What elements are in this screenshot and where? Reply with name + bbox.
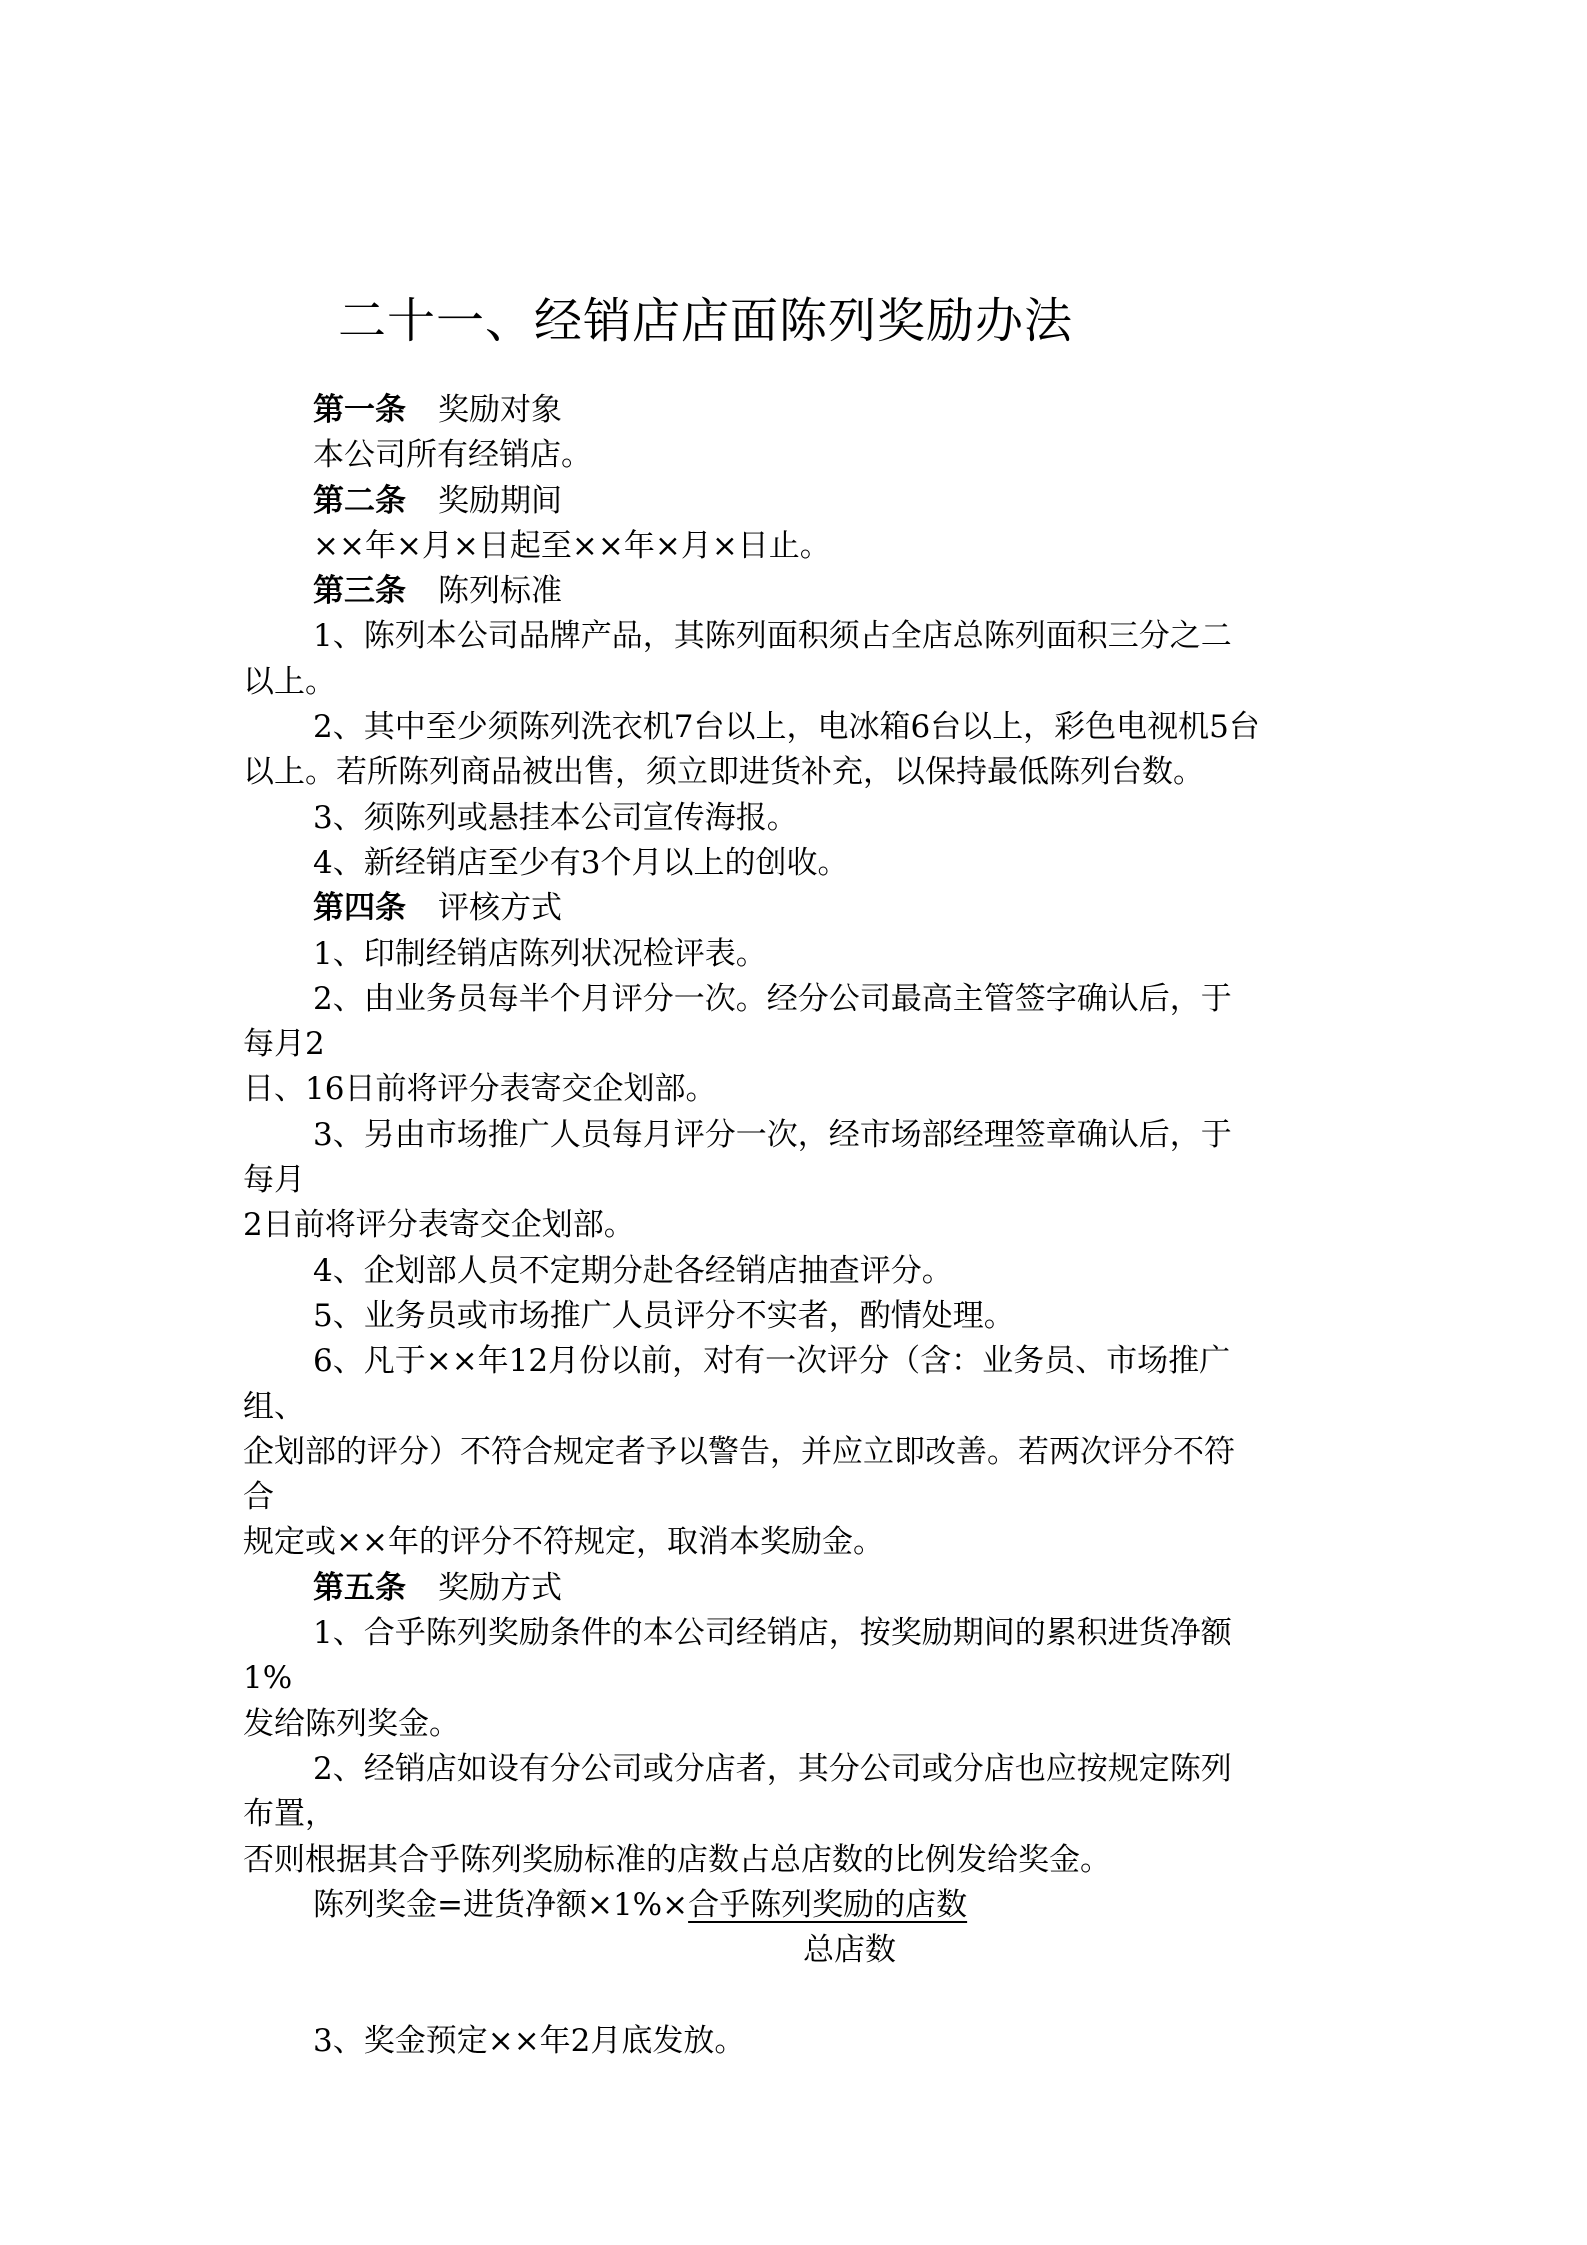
bonus-formula: 陈列奖金=进货净额×1%×合乎陈列奖励的店数 [243, 1883, 1363, 1928]
document-body: 第一条奖励对象 本公司所有经销店。 第二条奖励期间 ××年×月×日起至××年×月… [243, 388, 1363, 2064]
spacer [243, 1973, 1363, 2018]
article-4-heading: 第四条评核方式 [243, 886, 1363, 931]
article-title: 奖励对象 [438, 392, 562, 428]
paragraph-line: 2日前将评分表寄交企划部。 [243, 1203, 1363, 1248]
formula-prefix: 陈列奖金=进货净额×1%× [313, 1887, 688, 1923]
paragraph-line: 4、新经销店至少有3个月以上的创收。 [243, 841, 1363, 886]
paragraph-line: 3、另由市场推广人员每月评分一次，经市场部经理签章确认后，于 [243, 1113, 1363, 1158]
article-label: 第一条 [313, 392, 406, 428]
paragraph-line: 1、合乎陈列奖励条件的本公司经销店，按奖励期间的累积进货净额 [243, 1611, 1363, 1656]
paragraph-line: 1% [243, 1656, 1363, 1701]
article-title: 奖励方式 [438, 1570, 562, 1606]
paragraph-line: 1、印制经销店陈列状况检评表。 [243, 932, 1363, 977]
paragraph-line: 2、由业务员每半个月评分一次。经分公司最高主管签字确认后，于 [243, 977, 1363, 1022]
paragraph-line: 布置， [243, 1792, 1363, 1837]
formula-numerator: 合乎陈列奖励的店数 [688, 1887, 981, 1923]
paragraph-line: 2、其中至少须陈列洗衣机7台以上，电冰箱6台以上，彩色电视机5台 [243, 705, 1363, 750]
article-2-heading: 第二条奖励期间 [243, 479, 1363, 524]
article-1-heading: 第一条奖励对象 [243, 388, 1363, 433]
paragraph-line: 6、凡于××年12月份以前，对有一次评分（含：业务员、市场推广 [243, 1339, 1363, 1384]
paragraph-line: 规定或××年的评分不符规定，取消本奖励金。 [243, 1520, 1363, 1565]
paragraph-line: 以上。若所陈列商品被出售，须立即进货补充，以保持最低陈列台数。 [243, 750, 1363, 795]
article-3-heading: 第三条陈列标准 [243, 569, 1363, 614]
document-title: 二十一、经销店店面陈列奖励办法 [338, 282, 1073, 351]
paragraph-line: 每月2 [243, 1022, 1363, 1067]
article-label: 第四条 [313, 890, 406, 926]
paragraph-line: 本公司所有经销店。 [243, 433, 1363, 478]
closing-line: 3、奖金预定××年2月底发放。 [243, 2019, 1363, 2064]
article-label: 第三条 [313, 573, 406, 609]
paragraph-line: 发给陈列奖金。 [243, 1702, 1363, 1747]
formula-denominator: 总店数 [243, 1928, 1363, 1973]
article-5-heading: 第五条奖励方式 [243, 1566, 1363, 1611]
paragraph-line: 否则根据其合乎陈列奖励标准的店数占总店数的比例发给奖金。 [243, 1838, 1363, 1883]
article-title: 评核方式 [438, 890, 562, 926]
paragraph-line: 企划部的评分）不符合规定者予以警告，并应立即改善。若两次评分不符 [243, 1430, 1363, 1475]
article-label: 第五条 [313, 1570, 406, 1606]
paragraph-line: 组、 [243, 1385, 1363, 1430]
paragraph-line: 5、业务员或市场推广人员评分不实者，酌情处理。 [243, 1294, 1363, 1339]
article-title: 陈列标准 [438, 573, 562, 609]
article-title: 奖励期间 [438, 483, 562, 519]
article-label: 第二条 [313, 483, 406, 519]
paragraph-line: 3、须陈列或悬挂本公司宣传海报。 [243, 796, 1363, 841]
paragraph-line: 合 [243, 1475, 1363, 1520]
paragraph-line: 日、16日前将评分表寄交企划部。 [243, 1067, 1363, 1112]
paragraph-line: 以上。 [243, 660, 1363, 705]
document-page: 二十一、经销店店面陈列奖励办法 第一条奖励对象 本公司所有经销店。 第二条奖励期… [0, 0, 1587, 2245]
paragraph-line: 4、企划部人员不定期分赴各经销店抽查评分。 [243, 1249, 1363, 1294]
paragraph-line: 1、陈列本公司品牌产品，其陈列面积须占全店总陈列面积三分之二 [243, 614, 1363, 659]
paragraph-line: 2、经销店如设有分公司或分店者，其分公司或分店也应按规定陈列 [243, 1747, 1363, 1792]
paragraph-line: ××年×月×日起至××年×月×日止。 [243, 524, 1363, 569]
paragraph-line: 每月 [243, 1158, 1363, 1203]
